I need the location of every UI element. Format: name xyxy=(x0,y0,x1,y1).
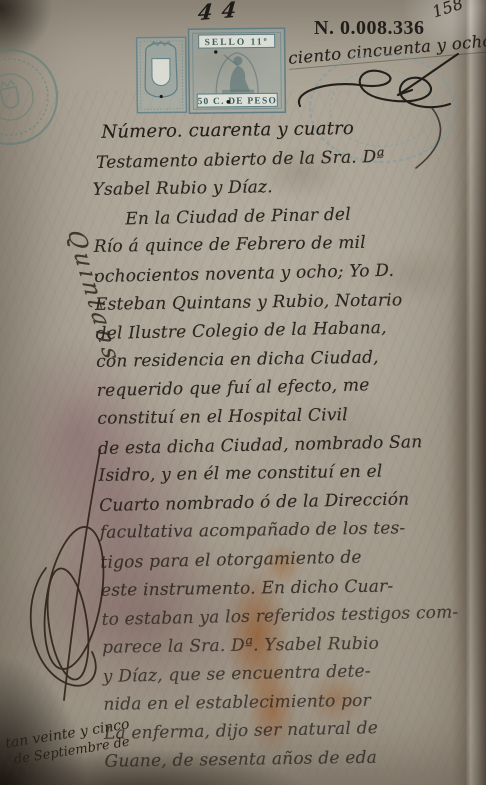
manuscript-line: constituí en el Hospital Civil xyxy=(97,399,477,433)
stamp-figure-panel: SELLO 11º 50 C. DE PESO xyxy=(189,28,286,113)
stamp-value-label: 50 C. DE PESO xyxy=(197,96,277,107)
stamp-class-label: SELLO 11º xyxy=(205,37,269,48)
manuscript-body: Número. cuarenta y cuatro Testamento abi… xyxy=(91,112,485,777)
serial-number: N. 0.008.336 xyxy=(314,17,424,40)
manuscript-line: con residencia en dicha Ciudad, xyxy=(96,342,476,376)
manuscript-line: Ysabel Rubio y Díaz. xyxy=(92,170,472,204)
manuscript-line: Esteban Quintans y Rubio, Notario xyxy=(95,285,475,319)
manuscript-line: Número. cuarenta y cuatro xyxy=(101,113,471,147)
protocol-number: 44 xyxy=(197,0,246,25)
page-number: 158 xyxy=(430,0,466,21)
revenue-stamp: SELLO 11º 50 C. DE PESO xyxy=(136,27,289,121)
stamp-arms-panel xyxy=(137,37,187,113)
manuscript-line: Guane, de sesenta años de eda xyxy=(104,742,484,776)
document-page: SELLO 11º 50 C. DE PESO 44 158 N. 0.008.… xyxy=(0,0,486,785)
manuscript-line: Isidro, y en él me constituí en el xyxy=(98,456,478,490)
notary-seal-icon xyxy=(0,44,72,150)
margin-flourish xyxy=(2,448,134,716)
